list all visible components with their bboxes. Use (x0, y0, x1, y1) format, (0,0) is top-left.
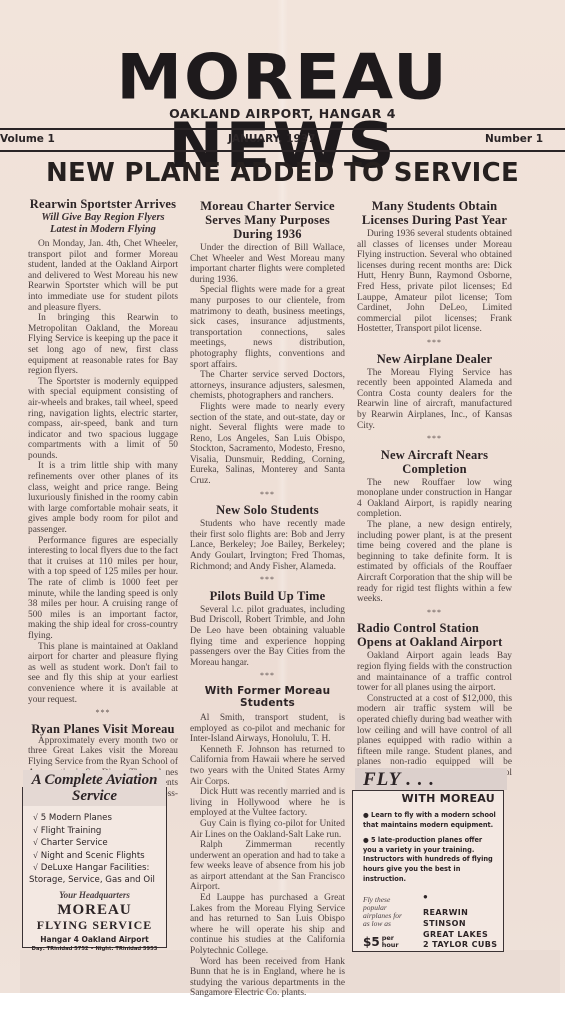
service-list: √5 Modern Planes √Flight Training √Chart… (33, 812, 166, 886)
top-rule (0, 128, 565, 130)
check-icon: √ (33, 862, 38, 872)
article-paragraph: The Moreau Flying Service has recently b… (357, 368, 512, 432)
service-item-continued: Storage, Service, Gas and Oil (29, 875, 166, 887)
check-icon: √ (33, 825, 38, 835)
ad-bullet: ● Learn to fly with a modern school that… (363, 811, 497, 830)
column-1: Rearwin Sportster Arrives Will Give Bay … (28, 197, 178, 810)
bullet-dot-icon: ● (423, 892, 428, 901)
check-icon: √ (33, 850, 38, 860)
ad-bullet: ● 5 late-production planes offer you a v… (363, 836, 497, 884)
article-paragraph: The plane, a new design entirely, includ… (357, 520, 512, 605)
article-title: Rearwin Sportster Arrives (28, 197, 178, 211)
masthead-subtitle: OAKLAND AIRPORT, HANGAR 4 (0, 106, 565, 121)
article-paragraph: Al Smith, transport student, is employed… (190, 713, 345, 745)
service-item: √DeLuxe Hangar Facilities: (33, 862, 166, 875)
article-paragraph: Students who have recently made their fi… (190, 519, 345, 572)
article-title: New Aircraft Nears Completion (357, 448, 512, 476)
ad-title: FLY . . . (355, 768, 507, 790)
article-title: Pilots Build Up Time (190, 589, 345, 603)
separator-dots: *** (190, 575, 345, 586)
article-paragraph: The Charter service served Doctors, atto… (190, 370, 345, 402)
check-icon: √ (33, 837, 38, 847)
article-title: Many Students Obtain Licenses During Pas… (357, 199, 512, 227)
issue-info-bar: Volume 1 JANUARY, 1937 Number 1 (0, 132, 565, 148)
separator-dots: *** (357, 608, 512, 619)
article-paragraph: The Sportster is modernly equipped with … (28, 377, 178, 462)
article-title: Ryan Planes Visit Moreau (28, 722, 178, 736)
bottom-rule (0, 150, 565, 152)
plane-item: REARWIN (423, 908, 497, 919)
article-subtitle: Will Give Bay Region Flyers Latest in Mo… (28, 212, 178, 236)
article-title: New Solo Students (190, 503, 345, 517)
address: Hangar 4 Oakland Airport (23, 935, 166, 944)
headquarters-label: Your Headquarters (23, 890, 166, 900)
service-item: √Night and Scenic Flights (33, 850, 166, 863)
article-paragraph: In bringing this Rearwin to Metropolitan… (28, 313, 178, 377)
article-paragraph: Several l.c. pilot graduates, including … (190, 605, 345, 669)
article-paragraph: On Monday, Jan. 4th, Chet Wheeler, trans… (28, 239, 178, 313)
article-paragraph: Guy Cain is flying co-pilot for United A… (190, 819, 345, 840)
separator-dots: *** (190, 490, 345, 501)
separator-dots: *** (28, 708, 178, 719)
plane-item: 2 TAYLOR CUBS (423, 940, 497, 951)
ad-fly-with-moreau: FLY . . . WITH MOREAU ● Learn to fly wit… (352, 790, 504, 952)
article-paragraph: Ed Lauppe has purchased a Great Lakes fr… (190, 893, 345, 957)
plane-item: STINSON (423, 919, 497, 930)
plane-item: GREAT LAKES (423, 930, 497, 941)
article-paragraph: Special flights were made for a great ma… (190, 285, 345, 370)
article-title: Moreau Charter Service Serves Many Purpo… (190, 199, 345, 241)
promo-text: Fly these popular airplanes for as low a… (363, 896, 407, 928)
main-headline: NEW PLANE ADDED TO SERVICE (0, 158, 565, 188)
service-item: √Flight Training (33, 825, 166, 838)
article-paragraph: Oakland Airport again leads Bay region f… (357, 651, 512, 693)
separator-dots: *** (357, 434, 512, 445)
phone-numbers: Day: TRinidad 5752 • Night: TRinidad 595… (23, 946, 166, 952)
article-paragraph: The new Rouffaer low wing monoplane unde… (357, 478, 512, 520)
separator-dots: *** (357, 338, 512, 349)
article-paragraph: Performance figures are especially inter… (28, 536, 178, 642)
article-paragraph: Kenneth F. Johnson has returned to Calif… (190, 745, 345, 787)
article-paragraph: This plane is maintained at Oakland airp… (28, 642, 178, 706)
article-paragraph: Dick Hutt was recently married and is li… (190, 787, 345, 819)
plane-list: REARWIN STINSON GREAT LAKES 2 TAYLOR CUB… (423, 908, 497, 951)
volume-label: Volume 1 (0, 133, 55, 145)
article-paragraph: Word has been received from Hank Bunn th… (190, 957, 345, 999)
article-paragraph: Ralph Zimmerman recently underwent an op… (190, 840, 345, 893)
article-paragraph: It is a trim little ship with many refin… (28, 461, 178, 535)
article-title: New Airplane Dealer (357, 352, 512, 366)
article-paragraph: Flights were made to nearly every sectio… (190, 402, 345, 487)
article-paragraph: During 1936 several students obtained al… (357, 229, 512, 335)
service-item: √5 Modern Planes (33, 812, 166, 825)
ad-title: A Complete Aviation Service (23, 770, 166, 806)
column-2: Moreau Charter Service Serves Many Purpo… (190, 199, 345, 999)
separator-dots: *** (190, 671, 345, 682)
article-paragraph: Under the direction of Bill Wallace, Che… (190, 243, 345, 285)
article-title: With Former Moreau Students (190, 685, 345, 710)
brand-subname: FLYING SERVICE (23, 918, 166, 932)
price: $5perhour (363, 935, 399, 949)
column-3: Many Students Obtain Licenses During Pas… (357, 199, 512, 789)
issue-number: Number 1 (485, 133, 543, 145)
ad-complete-aviation-service: A Complete Aviation Service √5 Modern Pl… (22, 787, 167, 948)
check-icon: √ (33, 812, 38, 822)
brand-name: MOREAU (23, 902, 166, 918)
service-item: √Charter Service (33, 837, 166, 850)
ad-subtitle: WITH MOREAU (353, 792, 503, 805)
article-title: Radio Control Station Opens at Oakland A… (357, 621, 512, 649)
issue-date: JANUARY, 1937 (228, 133, 315, 145)
